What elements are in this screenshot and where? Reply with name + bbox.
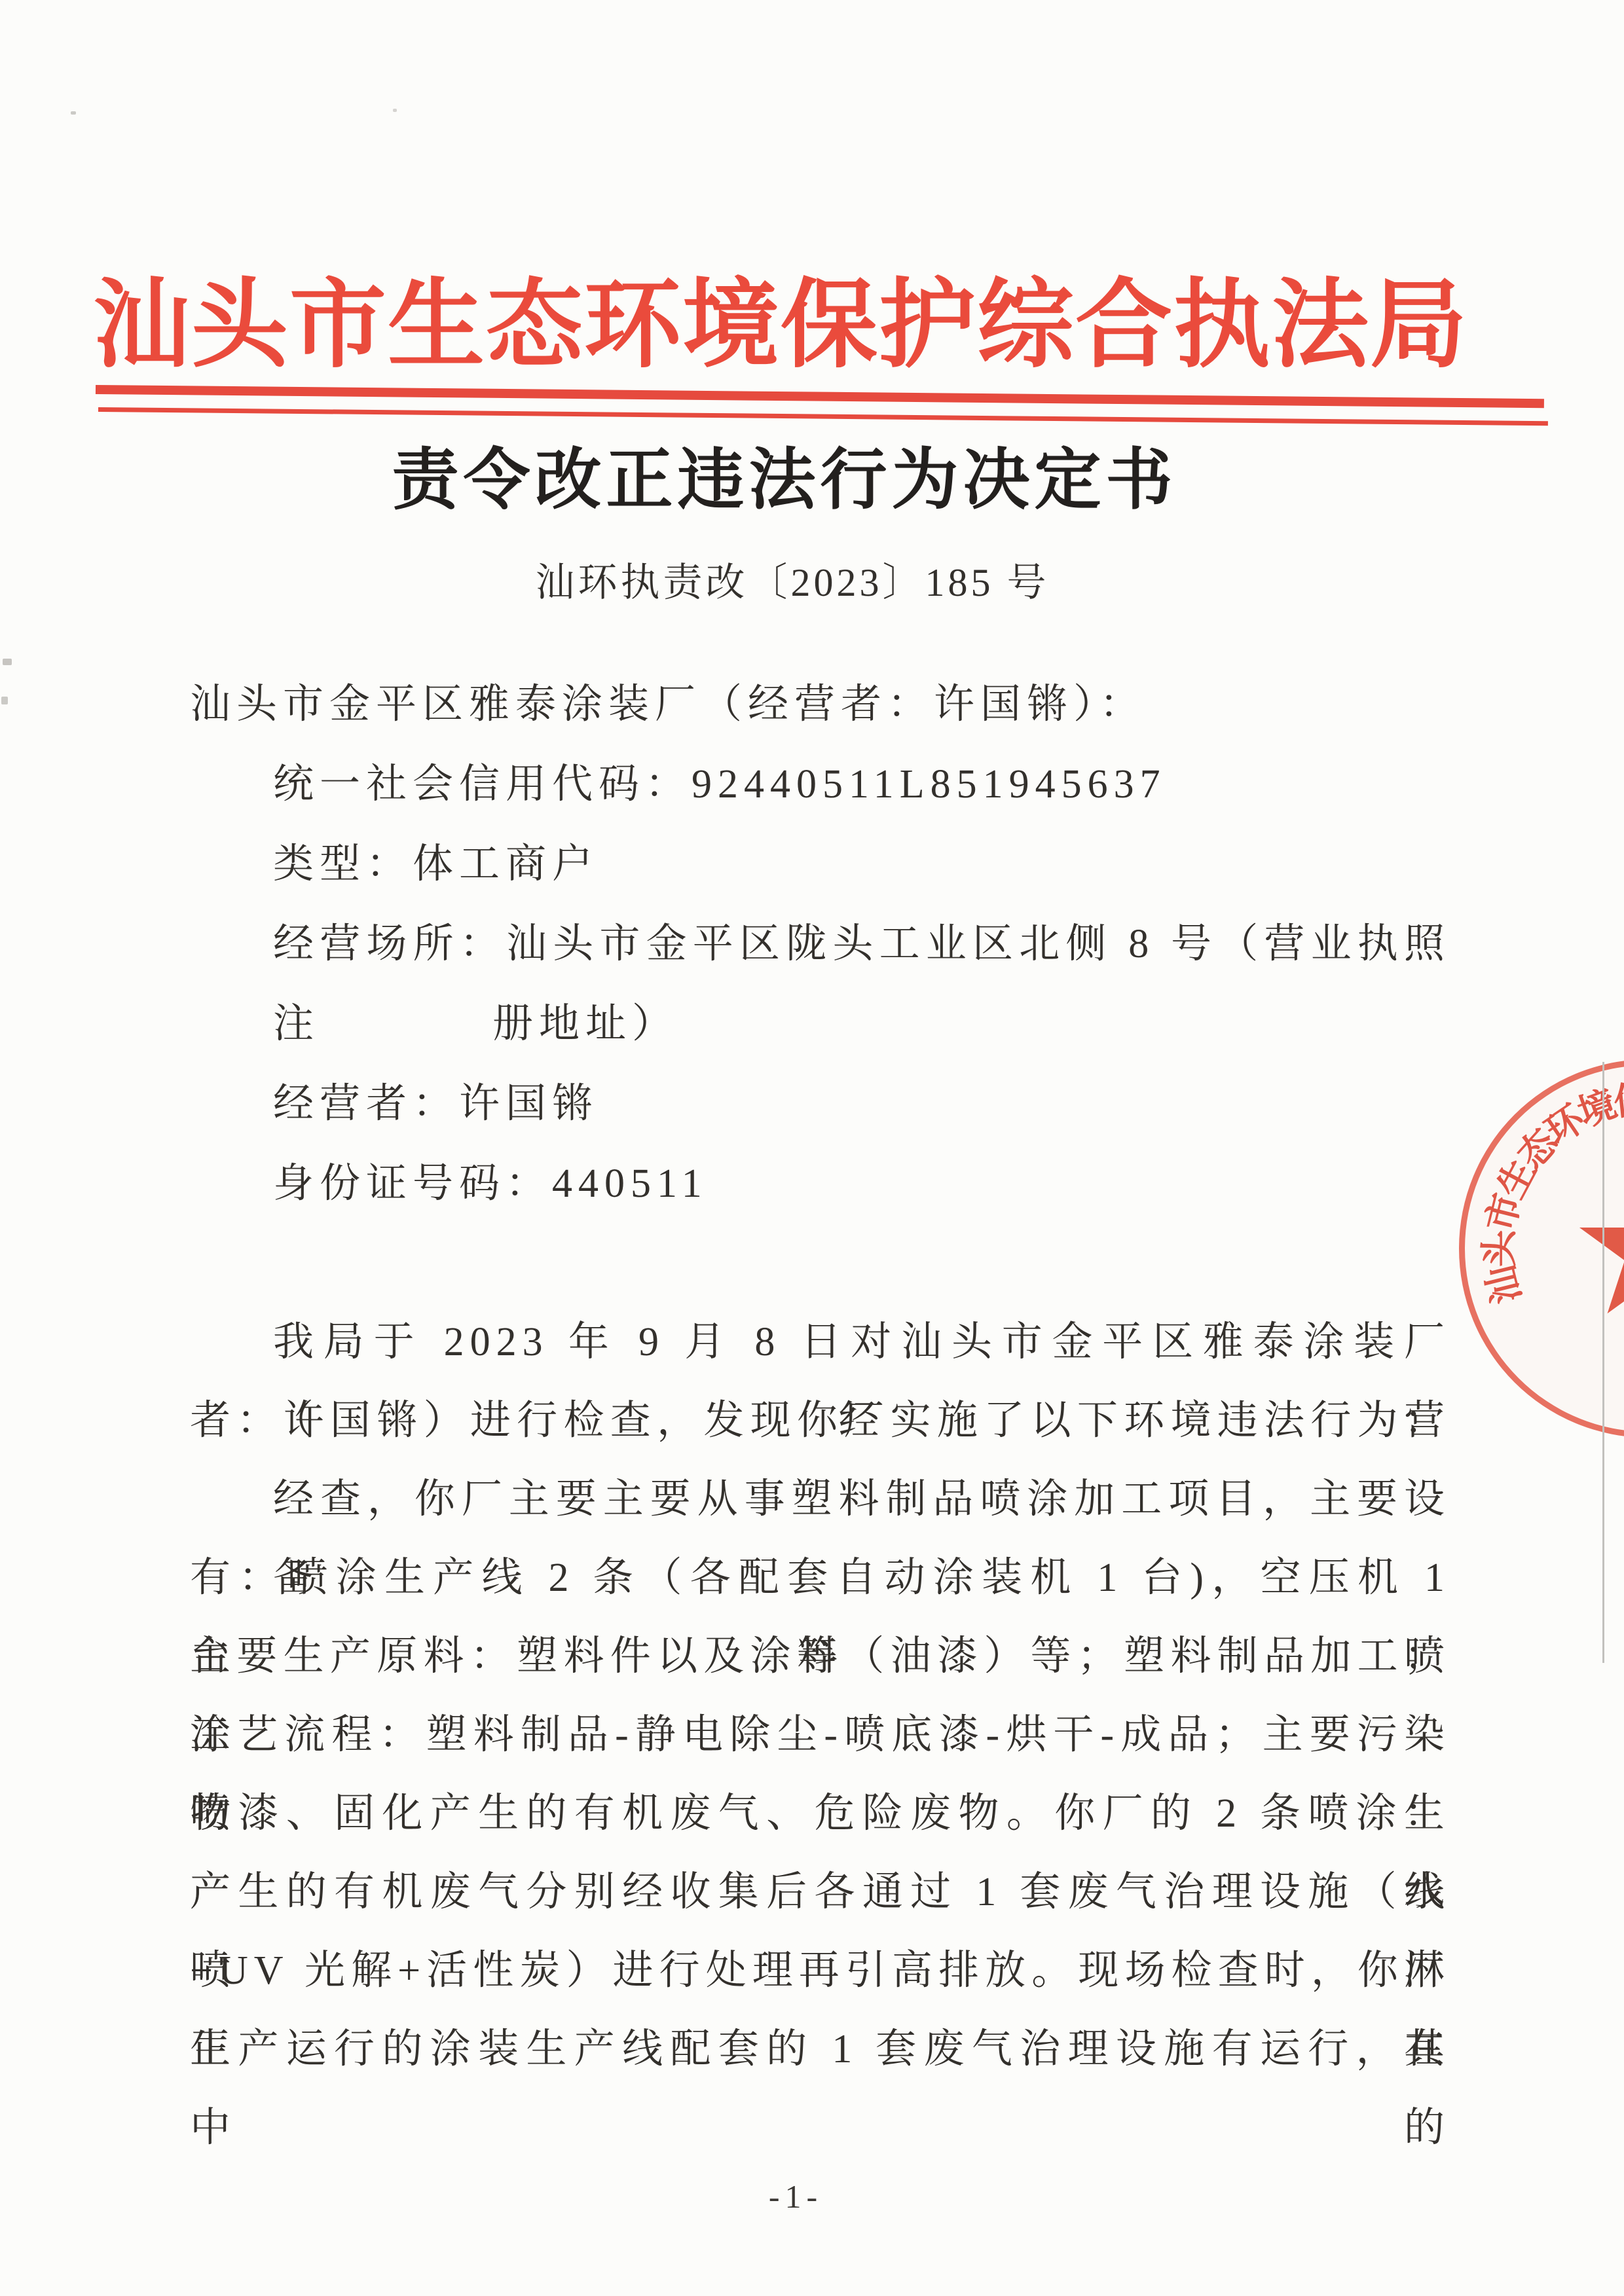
body-line: 工艺流程：塑料制品-静电除尘-喷底漆-烘干-成品；主要污染物： [190,1696,1450,1774]
body-line: 有：喷涂生产线 2 条（各配套自动涂装机 1 台)，空压机 1 台等； [190,1539,1450,1617]
scan-speck [1,697,8,704]
entity-type-line: 类型：体工商户 [190,824,1450,904]
scan-speck [3,659,12,665]
document-number: 汕环执责改〔2023〕185 号 [0,551,1604,608]
agency-title: 汕头市生态环境保护综合执法局 [0,247,1593,386]
body-line: 产生的有机废气分别经收集后各通过 1 套废气治理设施（水喷淋 [190,1853,1450,1931]
recipient-line: 汕头市金平区雅泰涂装厂（经营者：许国锵）： [190,665,1450,744]
document-page: 汕头市生态环境保护综合执法局 责令改正违法行为决定书 汕环执责改〔2023〕18… [0,0,1624,2296]
body-line: 经查，你厂主要主要从事塑料制品喷涂加工项目，主要设备 [190,1460,1450,1539]
body-line: 主要生产原料：塑料件以及涂料（油漆）等；塑料制品加工喷涂 [190,1617,1450,1696]
body-line: 我局于 2023 年 9 月 8 日对汕头市金平区雅泰涂装厂（经营 [190,1303,1450,1381]
business-address-line: 经营场所：汕头市金平区陇头工业区北侧 8 号（营业执照注 [190,904,1450,984]
document-title: 责令改正违法行为决定书 [0,427,1596,522]
body-line: 者：许国锵）进行检查，发现你厂实施了以下环境违法行为： [190,1381,1450,1460]
scan-speck [71,111,76,115]
body-line: 喷漆、固化产生的有机废气、危险废物。你厂的 2 条喷涂生产线 [190,1774,1450,1853]
business-address-line-2: 册地址） [190,984,1450,1064]
scan-artifact-line [1602,1062,1604,1663]
red-divider-thin [98,407,1548,426]
page-number: -1- [0,2178,1608,2215]
scan-speck [393,109,397,112]
body-line: 生产运行的涂装生产线配套的 1 套废气治理设施有运行，其中的 [190,2010,1450,2088]
body-line: +UV 光解+活性炭）进行处理再引高排放。现场检查时，你厂正在 [190,1931,1450,2010]
seal-star-icon: ★ [1567,1154,1624,1345]
operator-line: 经营者：许国锵 [190,1064,1450,1144]
credit-code-line: 统一社会信用代码：92440511L851945637 [190,744,1450,824]
red-divider-thick [96,385,1544,408]
id-number-line: 身份证号码：440511 [190,1144,1450,1224]
